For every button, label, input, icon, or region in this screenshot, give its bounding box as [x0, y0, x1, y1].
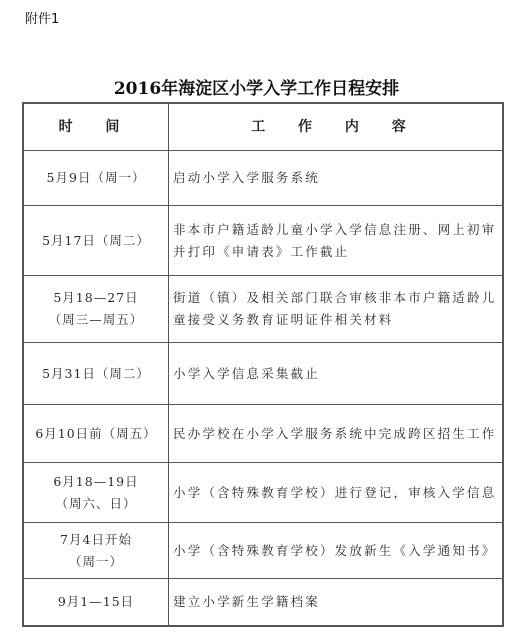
- time-cell: 9月1—15日: [23, 579, 169, 626]
- table-row: 5月9日（周一） 启动小学入学服务系统: [23, 151, 503, 206]
- task-cell: 建立小学新生学籍档案: [169, 579, 504, 626]
- table-row: 5月17日（周二） 非本市户籍适龄儿童小学入学信息注册、网上初审并打印《申请表》…: [23, 206, 503, 276]
- task-cell: 小学（含特殊教育学校）发放新生《入学通知书》: [169, 523, 504, 579]
- attachment-label: 附件1: [25, 8, 59, 27]
- table-row: 7月4日开始（周一） 小学（含特殊教育学校）发放新生《入学通知书》: [23, 523, 503, 579]
- table-row: 6月10日前（周五） 民办学校在小学入学服务系统中完成跨区招生工作: [23, 405, 503, 463]
- table-row: 5月18—27日（周三—周五） 街道（镇）及相关部门联合审核非本市户籍适龄儿童接…: [23, 276, 503, 343]
- task-cell: 非本市户籍适龄儿童小学入学信息注册、网上初审并打印《申请表》工作截止: [169, 206, 504, 276]
- time-cell: 5月9日（周一）: [23, 151, 169, 206]
- time-cell: 7月4日开始（周一）: [23, 523, 169, 579]
- time-cell: 5月17日（周二）: [23, 206, 169, 276]
- table-header-row: 时 间 工 作 内 容: [23, 103, 503, 151]
- task-cell: 民办学校在小学入学服务系统中完成跨区招生工作: [169, 405, 504, 463]
- time-line: 5月31日（周二）: [24, 363, 168, 385]
- task-cell: 街道（镇）及相关部门联合审核非本市户籍适龄儿童接受义务教育证明证件相关材料: [169, 276, 504, 343]
- time-cell: 5月18—27日（周三—周五）: [23, 276, 169, 343]
- task-cell: 小学入学信息采集截止: [169, 343, 504, 405]
- schedule-table: 时 间 工 作 内 容 5月9日（周一） 启动小学入学服务系统 5月17日（周二…: [22, 102, 504, 627]
- table-row: 6月18—19日（周六、日） 小学（含特殊教育学校）进行登记，审核入学信息: [23, 463, 503, 523]
- time-line: （周一）: [24, 551, 168, 573]
- header-task: 工 作 内 容: [169, 103, 504, 151]
- time-line: 5月9日（周一）: [24, 167, 168, 189]
- time-cell: 5月31日（周二）: [23, 343, 169, 405]
- time-line: 7月4日开始: [24, 529, 168, 551]
- task-cell: 启动小学入学服务系统: [169, 151, 504, 206]
- header-time: 时 间: [23, 103, 169, 151]
- time-cell: 6月18—19日（周六、日）: [23, 463, 169, 523]
- time-line: （周六、日）: [24, 493, 168, 515]
- document-title: 2016年海淀区小学入学工作日程安排: [0, 74, 513, 99]
- time-line: 9月1—15日: [24, 591, 168, 613]
- time-line: 6月18—19日: [24, 471, 168, 493]
- time-line: 5月17日（周二）: [24, 230, 168, 252]
- time-line: 6月10日前（周五）: [24, 423, 168, 445]
- task-cell: 小学（含特殊教育学校）进行登记，审核入学信息: [169, 463, 504, 523]
- time-line: 5月18—27日: [24, 287, 168, 309]
- table-row: 5月31日（周二） 小学入学信息采集截止: [23, 343, 503, 405]
- time-line: （周三—周五）: [24, 309, 168, 331]
- table-row: 9月1—15日 建立小学新生学籍档案: [23, 579, 503, 626]
- time-cell: 6月10日前（周五）: [23, 405, 169, 463]
